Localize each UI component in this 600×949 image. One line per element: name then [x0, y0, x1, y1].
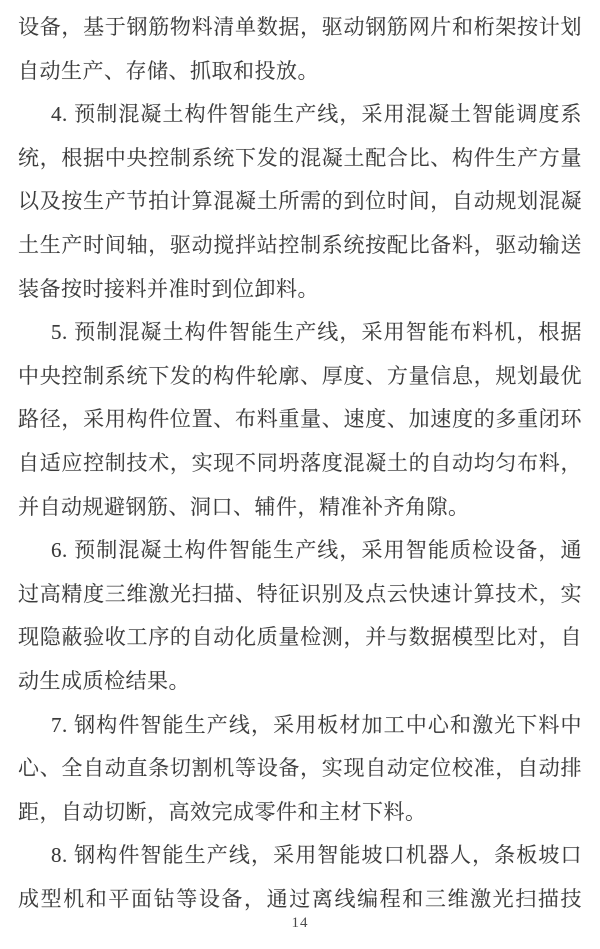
document-page: 设备，基于钢筋物料清单数据，驱动钢筋网片和桁架按计划自动生产、存储、抓取和投放。…: [0, 0, 600, 949]
text-line: 8. 钢构件智能生产线，采用智能坡口机器人，条板坡口: [18, 834, 582, 878]
text-line: 装备按时接料并准时到位卸料。: [18, 268, 582, 312]
text-line: 自适应控制技术，实现不同坍落度混凝土的自动均匀布料，: [18, 442, 582, 486]
text-line: 并自动规避钢筋、洞口、辅件，精准补齐角隙。: [18, 486, 582, 530]
page-number: 14: [0, 915, 600, 932]
text-line: 5. 预制混凝土构件智能生产线，采用智能布料机，根据: [18, 311, 582, 355]
text-line: 设备，基于钢筋物料清单数据，驱动钢筋网片和桁架按计划: [18, 6, 582, 50]
text-line: 过高精度三维激光扫描、特征识别及点云快速计算技术，实: [18, 573, 582, 617]
document-body: 设备，基于钢筋物料清单数据，驱动钢筋网片和桁架按计划自动生产、存储、抓取和投放。…: [18, 6, 582, 921]
text-line: 4. 预制混凝土构件智能生产线，采用混凝土智能调度系: [18, 93, 582, 137]
text-line: 统，根据中央控制系统下发的混凝土配合比、构件生产方量: [18, 137, 582, 181]
text-line: 心、全自动直条切割机等设备，实现自动定位校准，自动排: [18, 747, 582, 791]
text-line: 土生产时间轴，驱动搅拌站控制系统按配比备料，驱动输送: [18, 224, 582, 268]
text-line: 以及按生产节拍计算混凝土所需的到位时间，自动规划混凝: [18, 180, 582, 224]
text-line: 动生成质检结果。: [18, 660, 582, 704]
text-line: 路径，采用构件位置、布料重量、速度、加速度的多重闭环: [18, 398, 582, 442]
text-line: 距，自动切断，高效完成零件和主材下料。: [18, 791, 582, 835]
text-line: 自动生产、存储、抓取和投放。: [18, 50, 582, 94]
text-line: 7. 钢构件智能生产线，采用板材加工中心和激光下料中: [18, 704, 582, 748]
text-line: 中央控制系统下发的构件轮廓、厚度、方量信息，规划最优: [18, 355, 582, 399]
text-line: 现隐蔽验收工序的自动化质量检测，并与数据模型比对，自: [18, 616, 582, 660]
text-line: 6. 预制混凝土构件智能生产线，采用智能质检设备，通: [18, 529, 582, 573]
